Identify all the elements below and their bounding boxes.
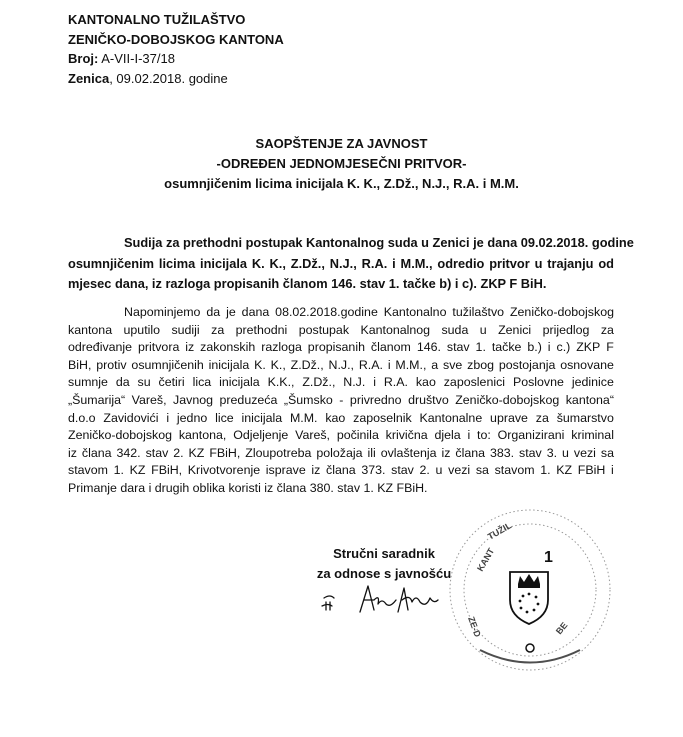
word: određivanje	[68, 339, 132, 357]
word: kantona,	[179, 427, 227, 445]
lead-line: mjesec dana, iz razloga propisanih člano…	[68, 274, 614, 295]
word: KZ	[130, 462, 146, 480]
word: K.K.,	[268, 374, 295, 392]
place-date: Zenica, 09.02.2018. godine	[68, 69, 284, 89]
word: inicijala	[241, 410, 282, 428]
date-value: , 09.02.2018. godine	[109, 71, 228, 86]
word: za	[536, 410, 549, 428]
title-line2: -ODREĐEN JEDNOMJESEČNI PRITVOR-	[60, 154, 623, 174]
word: Krivotvorenje	[188, 462, 260, 480]
coat-of-arms-icon	[510, 572, 548, 624]
word: iz	[441, 445, 450, 463]
word: iz	[68, 445, 77, 463]
word: R.A.	[359, 357, 383, 375]
word: kantona	[68, 322, 112, 340]
word: i	[548, 339, 551, 357]
word: 2.	[173, 445, 183, 463]
word: sa	[476, 462, 489, 480]
word: tužilaštvo	[452, 304, 504, 322]
word: Odjeljenje	[233, 427, 288, 445]
word: i	[467, 427, 470, 445]
word: člana	[326, 462, 356, 480]
institution-name-line1: KANTONALNO TUŽILAŠTVO	[68, 10, 284, 30]
body-line: d.o.oZavidovićiijednoliceinicijalaM.M.ka…	[68, 410, 614, 428]
word: članom	[371, 339, 411, 357]
institution-name-line2: ZENIČKO-DOBOJSKOG KANTONA	[68, 30, 284, 50]
word: Z.Dž.,	[302, 374, 335, 392]
word: prethodni	[236, 322, 288, 340]
word: da	[206, 304, 220, 322]
word: kao	[416, 374, 436, 392]
word: lice	[215, 410, 234, 428]
word: osumnjičenih	[131, 357, 203, 375]
title-line3: osumnjičenim licima inicijala K. K., Z.D…	[60, 174, 623, 194]
word: a	[431, 357, 438, 375]
word: krivična	[386, 427, 428, 445]
word: postojanja	[499, 357, 556, 375]
body-paragraph: Napominjemodajedana08.02.2018.godineKant…	[68, 304, 614, 498]
body-line: određivanjepritvoraizzakonskihrazlogapro…	[68, 339, 614, 357]
word: stav	[519, 445, 542, 463]
word: 342.	[116, 445, 140, 463]
body-line: Napominjemodajedana08.02.2018.godineKant…	[68, 304, 614, 322]
word: zbog	[467, 357, 494, 375]
word: K.	[254, 357, 266, 375]
word: KZ	[189, 445, 205, 463]
title-line1: SAOPŠTENJE ZA JAVNOST	[60, 134, 623, 154]
word: 2.	[420, 462, 430, 480]
word: ZKP	[576, 339, 600, 357]
word: M.M.	[290, 410, 318, 428]
word: uputilo	[124, 322, 161, 340]
word: Z.Dž.,	[291, 357, 324, 375]
word: počinila	[337, 427, 379, 445]
body-line: stavom1.KZFBiH,Krivotvorenjeispraveizčla…	[68, 462, 614, 480]
word: privredno	[350, 392, 402, 410]
word: sudiji	[171, 322, 199, 340]
word: u	[436, 462, 443, 480]
svg-text:ZE-D: ZE-D	[466, 615, 483, 639]
word: inicijala	[209, 357, 250, 375]
word: inicijala	[219, 374, 260, 392]
word: iz	[185, 339, 194, 357]
word: b.)	[527, 339, 541, 357]
official-stamp-icon: KANT ZE-D BE TUŽIL 1	[440, 500, 620, 675]
reference-number: Broj: A-VII-I-37/18	[68, 49, 284, 69]
word: Napominjemo	[124, 304, 200, 322]
word: šumarstvo	[557, 410, 614, 428]
word: i	[166, 410, 169, 428]
word: Zeničko-dobojskog	[510, 304, 614, 322]
word: u	[562, 445, 569, 463]
word: ovlaštenja	[381, 445, 437, 463]
word: člana	[455, 445, 485, 463]
svg-text:TUŽIL: TUŽIL	[486, 519, 514, 542]
word: R.A.	[384, 374, 408, 392]
word: Zavidovići	[103, 410, 158, 428]
word: i	[388, 357, 391, 375]
word: KZ	[556, 462, 572, 480]
word: N.J.	[343, 374, 365, 392]
word: Zeničko-dobojskog	[455, 392, 559, 410]
word: 373.	[361, 462, 385, 480]
word: društvo	[408, 392, 449, 410]
word: 1.	[540, 462, 550, 480]
word: stavom	[495, 462, 535, 480]
word: Kantonalne	[420, 410, 483, 428]
word: člana	[82, 445, 112, 463]
word: 1.	[476, 339, 486, 357]
word: postupak	[299, 322, 349, 340]
place-label: Zenica	[68, 71, 109, 86]
word: stavom	[68, 462, 108, 480]
word: su	[138, 374, 151, 392]
reference-number-label: Broj:	[68, 51, 98, 66]
word: 146.	[417, 339, 441, 357]
word: -	[339, 392, 343, 410]
word: Javnog	[173, 392, 213, 410]
word: ili	[368, 445, 376, 463]
word: Vareš,	[295, 427, 330, 445]
body-line: BiH,protivosumnjičenihinicijalaK.K.,Z.Dž…	[68, 357, 614, 375]
word: jedno	[177, 410, 207, 428]
word: i	[611, 462, 614, 480]
body-line: Zeničko-dobojskogkantona,OdjeljenjeVareš…	[68, 427, 614, 445]
word: FBiH,	[209, 445, 240, 463]
word: 3.	[547, 445, 557, 463]
word: prijedlog	[543, 322, 590, 340]
word: sumnje	[68, 374, 108, 392]
word: lica	[193, 374, 212, 392]
word: za	[211, 322, 224, 340]
word: K.,	[271, 357, 286, 375]
svg-text:KANT: KANT	[475, 546, 496, 573]
word: F	[606, 339, 614, 357]
word: kantona“	[566, 392, 614, 410]
reference-number-value: A-VII-I-37/18	[98, 51, 175, 66]
body-line: Primanje dara i drugih oblika koristi iz…	[68, 480, 614, 498]
word: za	[601, 322, 614, 340]
word: Organizirani	[498, 427, 565, 445]
signature-block: Stručni saradnik za odnose s javnošću	[314, 544, 454, 584]
press-release-title: SAOPŠTENJE ZA JAVNOST -ODREĐEN JEDNOMJES…	[60, 134, 623, 194]
word: 1.	[114, 462, 124, 480]
word: stav	[146, 445, 169, 463]
word: 383.	[490, 445, 514, 463]
word: BiH,	[68, 357, 91, 375]
word: c.)	[557, 339, 571, 357]
word: jedinice	[572, 374, 614, 392]
word: Zloupotreba	[245, 445, 311, 463]
word: FBiH,	[151, 462, 182, 480]
word: položaja	[316, 445, 362, 463]
word: d.o.o	[68, 410, 96, 428]
signatory-title-line1: Stručni saradnik	[314, 544, 454, 564]
word: vezi	[448, 462, 470, 480]
word: djela	[434, 427, 460, 445]
word: N.J.,	[329, 357, 354, 375]
word: kao	[325, 410, 345, 428]
word: „Šumarija“	[68, 392, 125, 410]
word: propisanih	[308, 339, 365, 357]
word: je	[226, 304, 236, 322]
word: stav	[391, 462, 414, 480]
body-line: „Šumarija“Vareš,Javnogpreduzeća„Šumsko-p…	[68, 392, 614, 410]
word: vezi	[574, 445, 596, 463]
word: FBiH	[578, 462, 606, 480]
word: Poslovne	[513, 374, 564, 392]
word: zaposlenici	[444, 374, 505, 392]
word: Vareš,	[132, 392, 167, 410]
word: i	[373, 374, 376, 392]
body-line: sumnjedasučetirilicainicijalaK.K.,Z.Dž.,…	[68, 374, 614, 392]
body-line: izčlana342.stav2.KZFBiH,Zloupotrebapolož…	[68, 445, 614, 463]
word: protiv	[96, 357, 126, 375]
word: kriminal	[571, 427, 614, 445]
word: tačke	[492, 339, 522, 357]
word: da	[116, 374, 130, 392]
word: Kantonalno	[384, 304, 447, 322]
word: 08.02.2018.godine	[275, 304, 378, 322]
word: dana	[242, 304, 270, 322]
word: Zeničko-dobojskog	[68, 427, 172, 445]
word: zaposelnik	[353, 410, 412, 428]
word: to:	[477, 427, 491, 445]
word: u	[480, 322, 487, 340]
lead-paragraph: Sudija za prethodni postupak Kantonalnog…	[68, 233, 614, 295]
word: Zenici	[498, 322, 531, 340]
svg-text:BE: BE	[554, 620, 570, 636]
word: stav	[447, 339, 470, 357]
lead-line: Sudija za prethodni postupak Kantonalnog…	[68, 233, 614, 254]
word: sa	[601, 445, 614, 463]
document-header: KANTONALNO TUŽILAŠTVO ZENIČKO-DOBOJSKOG …	[68, 10, 284, 88]
word: razloga	[261, 339, 302, 357]
word: četiri	[159, 374, 185, 392]
word: isprave	[266, 462, 306, 480]
word: iz	[311, 462, 320, 480]
word: uprave	[490, 410, 528, 428]
word: „Šumsko	[284, 392, 333, 410]
document-page: KANTONALNO TUŽILAŠTVO ZENIČKO-DOBOJSKOG …	[0, 0, 683, 737]
stamp-number: 1	[544, 549, 553, 566]
word: M.M.,	[395, 357, 426, 375]
word: osnovane	[560, 357, 614, 375]
word: Kantonalnog	[360, 322, 430, 340]
word: zakonskih	[200, 339, 255, 357]
word: preduzeća	[220, 392, 278, 410]
word: suda	[441, 322, 468, 340]
lead-line: osumnjičenim licima inicijala K. K., Z.D…	[68, 254, 614, 275]
word: pritvora	[138, 339, 179, 357]
body-line: kantonauputilosudijizaprethodnipostupakK…	[68, 322, 614, 340]
word: sve	[443, 357, 462, 375]
